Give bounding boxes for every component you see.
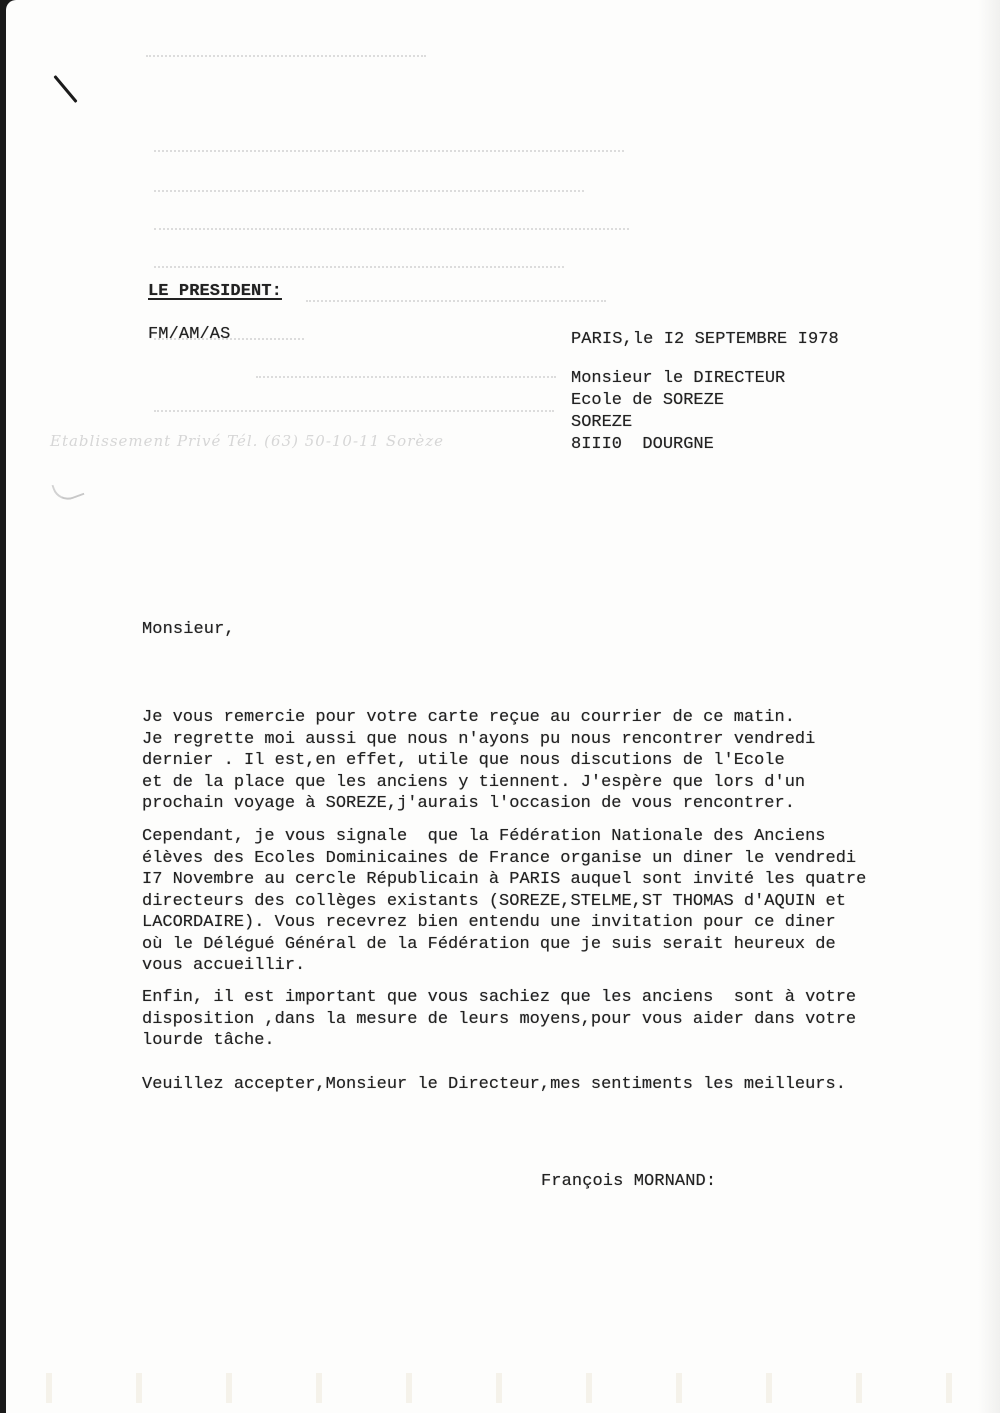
body-line: élèves des Ecoles Dominicaines de France… [142, 848, 866, 870]
body-line: Je vous remercie pour votre carte reçue … [142, 707, 815, 729]
body-paragraph: Je vous remercie pour votre carte reçue … [142, 707, 815, 815]
showthrough-handwriting [154, 266, 564, 268]
body-line: où le Délégué Général de la Fédération q… [142, 934, 866, 956]
showthrough-letterhead-footer: Etablissement Privé Tél. (63) 50-10-11 S… [50, 432, 444, 450]
salutation: Monsieur, [142, 620, 235, 639]
paper-mark [51, 476, 84, 504]
body-line: I7 Novembre au cercle Républicain à PARI… [142, 869, 866, 891]
sender-heading: LE PRESIDENT: [148, 282, 282, 301]
showthrough-handwriting [256, 376, 556, 378]
body-line: lourde tâche. [142, 1030, 856, 1052]
recipient-address: Monsieur le DIRECTEUR Ecole de SOREZE SO… [571, 368, 785, 456]
showthrough-handwriting [146, 55, 426, 57]
body-line: Enfin, il est important que vous sachiez… [142, 987, 856, 1009]
paper-stain [6, 1373, 1000, 1403]
showthrough-handwriting [306, 300, 606, 302]
body-line: disposition ,dans la mesure de leurs moy… [142, 1009, 856, 1031]
recipient-line: Monsieur le DIRECTEUR [571, 368, 785, 390]
body-line: Veuillez accepter,Monsieur le Directeur,… [142, 1074, 846, 1096]
body-line: Cependant, je vous signale que la Fédéra… [142, 826, 866, 848]
showthrough-handwriting [154, 190, 584, 192]
showthrough-handwriting [154, 150, 624, 152]
showthrough-handwriting [154, 410, 554, 412]
signature: François MORNAND: [541, 1172, 716, 1191]
body-line: Je regrette moi aussi que nous n'ayons p… [142, 729, 815, 751]
body-line: prochain voyage à SOREZE,j'aurais l'occa… [142, 793, 815, 815]
staple-mark [53, 75, 77, 103]
recipient-line: Ecole de SOREZE [571, 390, 785, 412]
body-paragraph: Enfin, il est important que vous sachiez… [142, 987, 856, 1052]
scanned-letter-page: Etablissement Privé Tél. (63) 50-10-11 S… [6, 0, 1000, 1413]
body-line: vous accueillir. [142, 955, 866, 977]
body-line: LACORDAIRE). Vous recevrez bien entendu … [142, 912, 866, 934]
showthrough-handwriting [154, 228, 629, 230]
body-line: et de la place que les anciens y tiennen… [142, 772, 815, 794]
body-paragraph: Cependant, je vous signale que la Fédéra… [142, 826, 866, 977]
body-line: dernier . Il est,en effet, utile que nou… [142, 750, 815, 772]
recipient-line: SOREZE [571, 412, 785, 434]
date-line: PARIS,le I2 SEPTEMBRE I978 [571, 330, 839, 349]
closing-paragraph: Veuillez accepter,Monsieur le Directeur,… [142, 1074, 846, 1096]
body-line: directeurs des collèges existants (SOREZ… [142, 891, 866, 913]
recipient-line: 8III0 DOURGNE [571, 434, 785, 456]
reference-code: FM/AM/AS [148, 325, 230, 344]
